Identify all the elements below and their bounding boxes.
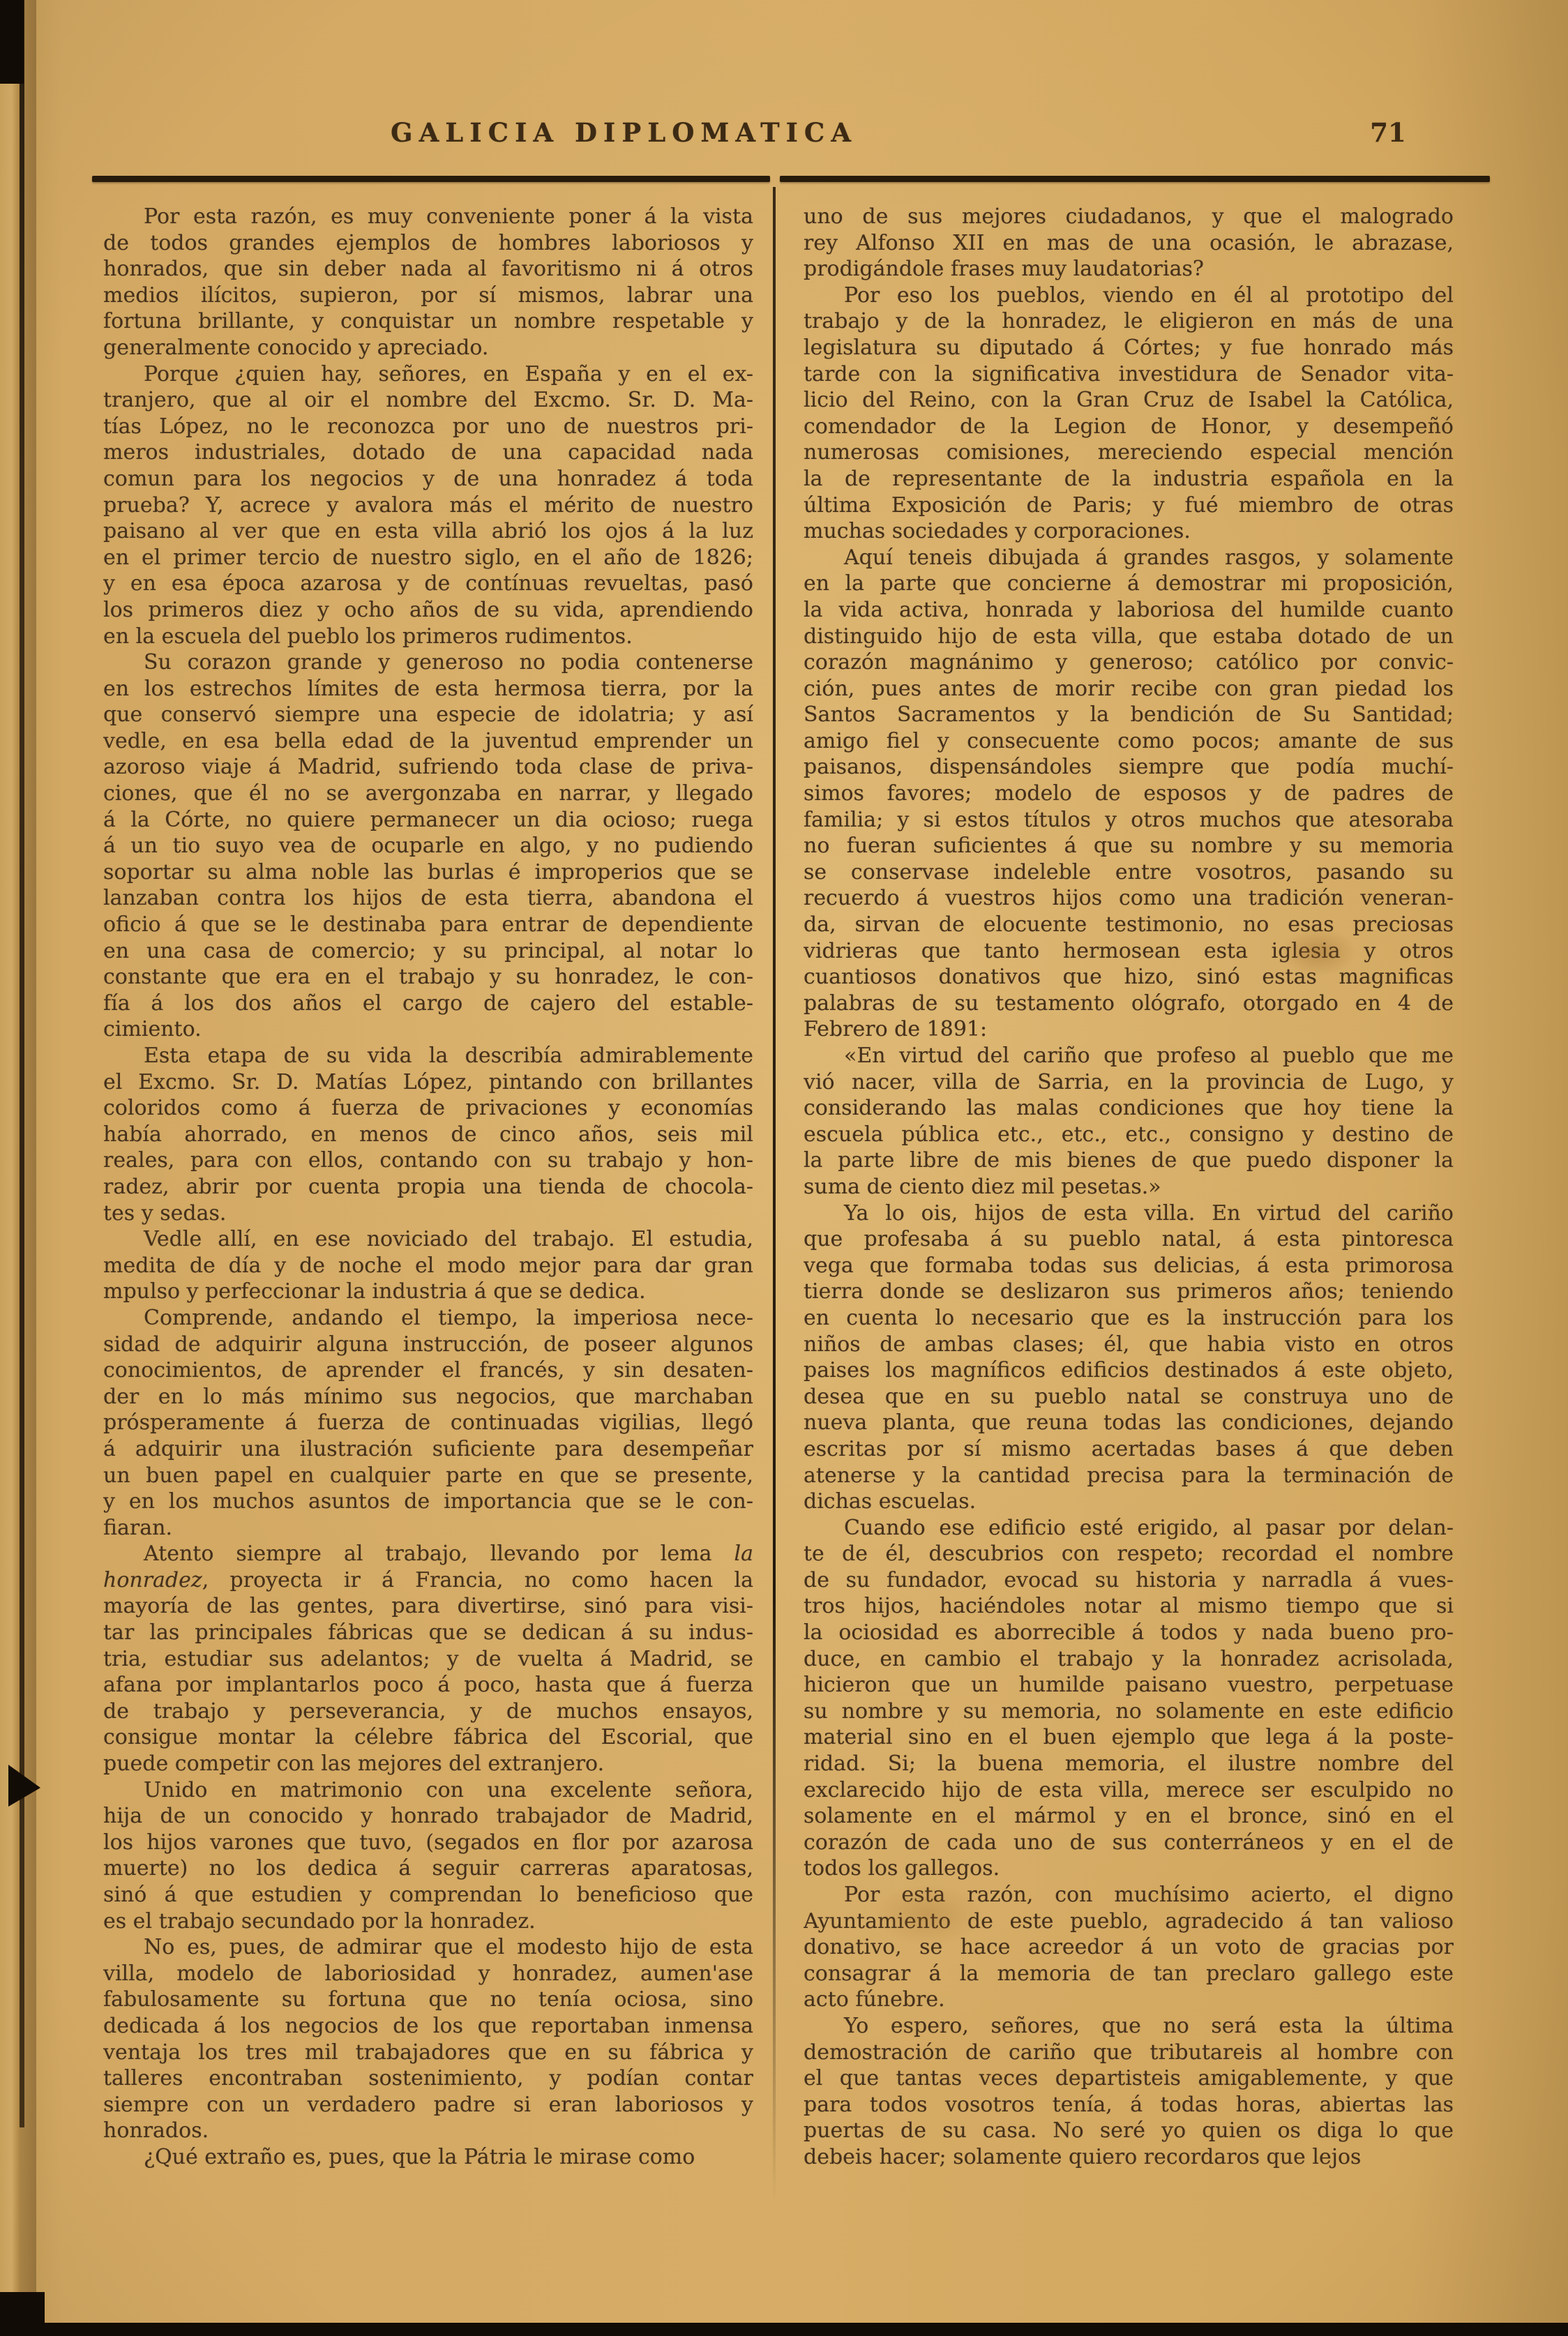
text-line: mpulso y perfeccionar la industria á que…	[103, 1279, 753, 1305]
text-line: ciones, que él no se avergonzaba en narr…	[103, 781, 753, 807]
text-line: corazón magnánimo y generoso; católico p…	[804, 649, 1454, 676]
text-line: fía á los dos años el cargo de cajero de…	[103, 990, 753, 1017]
text-line: Vedle allí, en ese noviciado del trabajo…	[103, 1226, 753, 1253]
text-line: der en lo más mínimo sus negocios, que m…	[103, 1384, 753, 1410]
text-line: villa, modelo de laboriosidad y honradez…	[103, 1961, 753, 1987]
text-line: vió nacer, villa de Sarria, en la provin…	[804, 1069, 1454, 1096]
text-line: familia; y si estos títulos y otros much…	[804, 807, 1454, 834]
text-line: tar las principales fábricas que se dedi…	[103, 1620, 753, 1646]
text-line: un buen papel en cualquier parte en que …	[103, 1463, 753, 1489]
text-line: la de representante de la industria espa…	[804, 466, 1454, 492]
text-line: Febrero de 1891:	[804, 1016, 1454, 1043]
text-line: puertas de su casa. No seré yo quien os …	[804, 2118, 1454, 2144]
text-line: el que tantas veces departisteis amigabl…	[804, 2065, 1454, 2092]
text-line: siempre con un verdadero padre si eran l…	[103, 2092, 753, 2118]
text-line: te de él, descubrios con respeto; record…	[804, 1541, 1454, 1567]
text-line: los hijos varones que tuvo, (segados en …	[103, 1830, 753, 1856]
text-line: para todos vosotros tenía, á todas horas…	[804, 2092, 1454, 2118]
text-line: Unido en matrimonio con una excelente se…	[103, 1777, 753, 1804]
text-line: dichas escuelas.	[804, 1489, 1454, 1515]
text-line: duce, en cambio el trabajo y la honradez…	[804, 1646, 1454, 1673]
text-line: honradez, proyecta ir á Francia, no como…	[103, 1567, 753, 1594]
text-line: tria, estudiar sus adelantos; y de vuelt…	[103, 1646, 753, 1673]
text-line: debeis hacer; solamente quiero recordaro…	[804, 2144, 1454, 2171]
text-line: Yo espero, señores, que no será esta la …	[804, 2013, 1454, 2040]
paragraph: No es, pues, de admirar que el modesto h…	[103, 1934, 753, 2144]
binding-gutter	[0, 0, 20, 2336]
text-line: tierra donde se deslizaron sus primeros …	[804, 1279, 1454, 1305]
text-line: No es, pues, de admirar que el modesto h…	[103, 1934, 753, 1961]
paragraph: Por esta razón, es muy conveniente poner…	[103, 204, 753, 361]
paragraph: Esta etapa de su vida la describía admir…	[103, 1043, 753, 1226]
header-rule-left	[92, 176, 770, 182]
text-line: considerando las malas condiciones que h…	[804, 1095, 1454, 1122]
text-line: todos los gallegos.	[804, 1855, 1454, 1882]
text-line: licio del Reino, con la Gran Cruz de Isa…	[804, 387, 1454, 414]
paragraph: Aquí teneis dibujada á grandes rasgos, y…	[804, 545, 1454, 1043]
text-line: no fueran suficientes á que su nombre y …	[804, 833, 1454, 859]
scanned-document-page: GALICIA DIPLOMATICA 71 Por esta razón, e…	[0, 0, 1568, 2336]
text-line: fabulosamente su fortuna que no tenía oc…	[103, 1987, 753, 2013]
text-line: de su fundador, evocad su historia y nar…	[804, 1567, 1454, 1594]
text-line: ventaja los tres mil trabajadores que en…	[103, 2040, 753, 2066]
page-number: 71	[1346, 117, 1430, 148]
paragraph: Ya lo ois, hijos de esta villa. En virtu…	[804, 1200, 1454, 1515]
text-line: su nombre y su memoria, no solamente en …	[804, 1698, 1454, 1725]
paragraph: Atento siempre al trabajo, llevando por …	[103, 1541, 753, 1777]
text-line: «En virtud del cariño que profeso al pue…	[804, 1043, 1454, 1069]
text-line: sinó á que estudien y comprendan lo bene…	[103, 1882, 753, 1908]
text-line: distinguido hijo de esta villa, que esta…	[804, 624, 1454, 650]
text-line: nueva planta, que reuna todas las condic…	[804, 1410, 1454, 1436]
binding-crease	[20, 0, 24, 2127]
text-line: de todos grandes ejemplos de hombres lab…	[103, 230, 753, 257]
text-line: ción, pues antes de morir recibe con gra…	[804, 676, 1454, 702]
text-line: Aquí teneis dibujada á grandes rasgos, y…	[804, 545, 1454, 571]
text-line: comun para los negocios y de una honrade…	[103, 466, 753, 492]
text-line: solamente en el mármol y en el bronce, s…	[804, 1803, 1454, 1830]
text-line: tes y sedas.	[103, 1200, 753, 1227]
text-line: en la escuela del pueblo los primeros ru…	[103, 624, 753, 650]
text-line: suma de ciento diez mil pesetas.»	[804, 1174, 1454, 1200]
text-line: medita de día y de noche el modo mejor p…	[103, 1253, 753, 1279]
text-line: escritas por sí mismo acertadas bases á …	[804, 1436, 1454, 1463]
text-line: material sino en el buen ejemplo que leg…	[804, 1724, 1454, 1751]
text-line: consigue montar la célebre fábrica del E…	[103, 1724, 753, 1751]
paragraph: uno de sus mejores ciudadanos, y que el …	[804, 204, 1454, 282]
paragraph: Unido en matrimonio con una excelente se…	[103, 1777, 753, 1935]
text-line: sidad de adquirir alguna instrucción, de…	[103, 1332, 753, 1358]
text-line: coloridos como á fuerza de privaciones y…	[103, 1095, 753, 1122]
paragraph: Yo espero, señores, que no será esta la …	[804, 2013, 1454, 2171]
text-line: en los estrechos límites de esta hermosa…	[103, 676, 753, 702]
text-line: Su corazon grande y generoso no podia co…	[103, 649, 753, 676]
text-line: la parte libre de mis bienes de que pued…	[804, 1147, 1454, 1174]
text-line: soportar su alma noble las burlas é impr…	[103, 859, 753, 886]
text-line: Santos Sacramentos y la bendición de Su …	[804, 702, 1454, 728]
text-line: dedicada á los negocios de los que repor…	[103, 2013, 753, 2040]
text-line: oficio á que se le destinaba para entrar…	[103, 912, 753, 938]
text-line: que conservó siempre una especie de idol…	[103, 702, 753, 728]
text-line: había ahorrado, en menos de cinco años, …	[103, 1122, 753, 1148]
scan-artifact-bottom-edge	[0, 2323, 1568, 2336]
text-line: honrados, que sin deber nada al favoriti…	[103, 256, 753, 282]
text-line: Comprende, andando el tiempo, la imperio…	[103, 1305, 753, 1332]
text-line: cuantiosos donativos que hizo, sinó esta…	[804, 964, 1454, 990]
text-line: uno de sus mejores ciudadanos, y que el …	[804, 204, 1454, 230]
text-line: simos favores; modelo de esposos y de pa…	[804, 781, 1454, 807]
text-line: niños de ambas clases; él, que habia vis…	[804, 1332, 1454, 1358]
text-column-left: Por esta razón, es muy conveniente poner…	[103, 204, 753, 2171]
text-line: tías López, no le reconozca por uno de n…	[103, 414, 753, 440]
text-line: desea que en su pueblo natal se construy…	[804, 1384, 1454, 1410]
text-line: que profesaba á su pueblo natal, á esta …	[804, 1226, 1454, 1253]
text-line: vedle, en esa bella edad de la juventud …	[103, 728, 753, 755]
text-line: vega que formaba todas sus delicias, á e…	[804, 1253, 1454, 1279]
text-line: mayoría de las gentes, para divertirse, …	[103, 1593, 753, 1620]
paragraph: Por eso los pueblos, viendo en él al pro…	[804, 282, 1454, 545]
text-line: tarde con la significativa investidura d…	[804, 361, 1454, 388]
text-line: en una casa de comercio; y su principal,…	[103, 938, 753, 965]
text-line: y en esa época azarosa y de contínuas re…	[103, 571, 753, 597]
text-line: muerte) no los dedica á seguir carreras …	[103, 1855, 753, 1882]
text-line: constante que era en el trabajo y su hon…	[103, 964, 753, 990]
text-line: honrados.	[103, 2118, 753, 2144]
paragraph: Su corazon grande y generoso no podia co…	[103, 649, 753, 1043]
text-line: hicieron que un humilde paisano vuestro,…	[804, 1672, 1454, 1698]
text-line: conocimientos, de aprender el francés, y…	[103, 1357, 753, 1384]
text-line: comendador de la Legion de Honor, y dese…	[804, 414, 1454, 440]
text-line: acto fúnebre.	[804, 1987, 1454, 2013]
text-line: Atento siempre al trabajo, llevando por …	[103, 1541, 753, 1567]
text-line: cimiento.	[103, 1016, 753, 1043]
text-line: prodigándole frases muy laudatorias?	[804, 256, 1454, 282]
text-line: atenerse y la cantidad precisa para la t…	[804, 1463, 1454, 1489]
header-rule-right	[780, 176, 1490, 182]
paragraph: Cuando ese edificio esté erigido, al pas…	[804, 1515, 1454, 1882]
text-line: fortuna brillante, y conquistar un nombr…	[103, 308, 753, 335]
text-line: á un tio suyo vea de ocuparle en algo, y…	[103, 833, 753, 859]
text-line: fiaran.	[103, 1515, 753, 1542]
text-line: numerosas comisiones, mereciendo especia…	[804, 439, 1454, 466]
text-line: demostración de cariño que tributareis a…	[804, 2040, 1454, 2066]
text-line: recuerdo á vuestros hijos como una tradi…	[804, 885, 1454, 912]
paragraph: ¿Qué extraño es, pues, que la Pátria le …	[103, 2144, 753, 2171]
paper-stain	[1280, 928, 1357, 977]
text-line: en cuenta lo necesario que es la instruc…	[804, 1305, 1454, 1332]
text-line: la ociosidad es aborrecible á todos y na…	[804, 1620, 1454, 1646]
text-line: escuela pública etc., etc., etc., consig…	[804, 1122, 1454, 1148]
text-line: trabajo y de la honradez, le eligieron e…	[804, 308, 1454, 335]
text-line: radez, abrir por cuenta propia una tiend…	[103, 1174, 753, 1200]
text-line: generalmente conocido y apreciado.	[103, 335, 753, 361]
text-line: ridad. Si; la buena memoria, el ilustre …	[804, 1751, 1454, 1777]
text-line: reales, para con ellos, contando con su …	[103, 1147, 753, 1174]
text-line: legislatura su diputado á Córtes; y fue …	[804, 335, 1454, 361]
text-line: se conservase indeleble entre vosotros, …	[804, 859, 1454, 886]
text-line: paises los magníficos edificios destinad…	[804, 1357, 1454, 1384]
text-line: muchas sociedades y corporaciones.	[804, 518, 1454, 545]
text-line: y en los muchos asuntos de importancia q…	[103, 1489, 753, 1515]
text-line: á la Córte, no quiere permanecer un dia …	[103, 807, 753, 834]
text-line: da, sirvan de elocuente testimonio, no e…	[804, 912, 1454, 938]
text-line: paisanos, dispensándoles siempre que pod…	[804, 754, 1454, 781]
text-line: palabras de su testamento ológrafo, otor…	[804, 990, 1454, 1017]
text-line: prueba? Y, acrece y avalora más el mérit…	[103, 492, 753, 519]
text-line: el Excmo. Sr. D. Matías López, pintando …	[103, 1069, 753, 1096]
column-divider	[773, 187, 776, 2203]
text-line: lanzaban contra los hijos de esta tierra…	[103, 885, 753, 912]
text-column-right: uno de sus mejores ciudadanos, y que el …	[804, 204, 1454, 2171]
text-line: exclarecido hijo de esta villa, merece s…	[804, 1777, 1454, 1804]
scan-artifact-bottom-left	[0, 2292, 45, 2336]
text-line: medios ilícitos, supieron, por sí mismos…	[103, 282, 753, 309]
text-line: Por esta razón, es muy conveniente poner…	[103, 204, 753, 230]
paragraph: Vedle allí, en ese noviciado del trabajo…	[103, 1226, 753, 1305]
text-line: Porque ¿quien hay, señores, en España y …	[103, 361, 753, 388]
text-line: en el primer tercio de nuestro siglo, en…	[103, 545, 753, 571]
text-line: la vida activa, honrada y laboriosa del …	[804, 597, 1454, 624]
text-line: Esta etapa de su vida la describía admir…	[103, 1043, 753, 1069]
text-line: afana por implantarlos poco á poco, hast…	[103, 1672, 753, 1698]
text-line: Ya lo ois, hijos de esta villa. En virtu…	[804, 1200, 1454, 1227]
text-line: meros industriales, dotado de una capaci…	[103, 439, 753, 466]
paper-stain	[872, 1883, 983, 1946]
text-line: paisano al ver que en esta villa abrió l…	[103, 518, 753, 545]
text-line: corazón de cada uno de sus conterráneos …	[804, 1830, 1454, 1856]
paragraph: «En virtud del cariño que profeso al pue…	[804, 1043, 1454, 1200]
text-line: prósperamente á fuerza de continuadas vi…	[103, 1410, 753, 1436]
text-line: última Exposición de Paris; y fué miembr…	[804, 492, 1454, 519]
paragraph: Porque ¿quien hay, señores, en España y …	[103, 361, 753, 650]
text-line: rey Alfonso XII en mas de una ocasión, l…	[804, 230, 1454, 257]
text-line: es el trabajo secundado por la honradez.	[103, 1908, 753, 1935]
text-line: hija de un conocido y honrado trabajador…	[103, 1803, 753, 1830]
text-line: á adquirir una ilustración suficiente pa…	[103, 1436, 753, 1463]
text-line: tros hijos, haciéndoles notar al mismo t…	[804, 1593, 1454, 1620]
journal-title: GALICIA DIPLOMATICA	[391, 117, 823, 148]
text-line: en la parte que concierne á demostrar mi…	[804, 571, 1454, 597]
paragraph: Comprende, andando el tiempo, la imperio…	[103, 1305, 753, 1541]
text-line: ¿Qué extraño es, pues, que la Pátria le …	[103, 2144, 753, 2171]
text-line: amigo fiel y consecuente como pocos; ama…	[804, 728, 1454, 755]
text-line: talleres encontraban sostenimiento, y po…	[103, 2065, 753, 2092]
scan-artifact-top-left	[0, 0, 24, 84]
text-line: Cuando ese edificio esté erigido, al pas…	[804, 1515, 1454, 1542]
text-line: consagrar á la memoria de tan preclaro g…	[804, 1961, 1454, 1987]
text-line: azoroso viaje á Madrid, sufriendo toda c…	[103, 754, 753, 781]
text-line: puede competir con las mejores del extra…	[103, 1751, 753, 1777]
text-line: Por eso los pueblos, viendo en él al pro…	[804, 282, 1454, 309]
text-line: tranjero, que al oir el nombre del Excmo…	[103, 387, 753, 414]
text-line: los primeros diez y ocho años de su vida…	[103, 597, 753, 624]
text-line: de trabajo y perseverancia, y de muchos …	[103, 1698, 753, 1725]
